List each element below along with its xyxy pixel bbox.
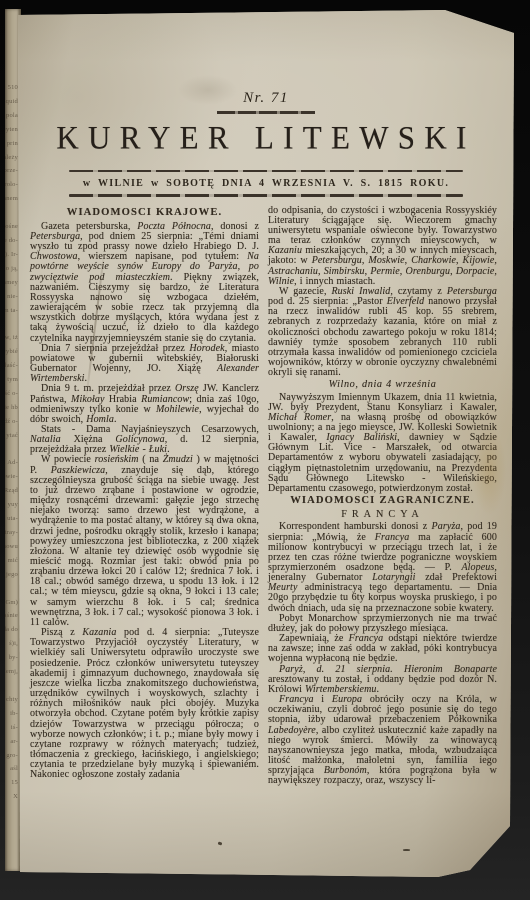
margin-text-fragment: ieyten	[5, 123, 18, 137]
issue-number: Nr. 71	[18, 90, 514, 107]
margin-text-fragment: Ad-	[5, 456, 18, 470]
margin-text-fragment: e do-	[5, 234, 18, 248]
margin-text-fragment: o ją,	[5, 262, 18, 276]
margin-text-fragment	[5, 206, 18, 220]
margin-text-fragment: Gm)	[5, 596, 18, 610]
margin-text-fragment: prin	[5, 137, 18, 151]
margin-text-fragment: aśl	[5, 762, 18, 776]
margin-text-fragment: ianem	[5, 192, 18, 206]
margin-text-fragment: dź o-	[5, 415, 18, 429]
margin-text-fragment: ar-	[5, 735, 18, 749]
ink-speck	[403, 849, 410, 851]
margin-text-fragment: należy	[5, 151, 18, 165]
margin-text-fragment: m ta-	[5, 304, 18, 318]
margin-text-fragment: 15	[5, 776, 18, 790]
paragraph: Zapewniaią, że Francya odstąpi niektóre …	[268, 634, 497, 664]
margin-text-fragment: gro-	[5, 749, 18, 763]
ink-speck	[218, 841, 223, 845]
margin-text-fragment: ib-	[5, 707, 18, 721]
margin-text-fragment: łaść-	[5, 359, 18, 373]
newspaper-title: KURYER LITEWSKI	[18, 121, 514, 155]
paragraph: W powiecie rosieńskim ( na Żmudzi ) w ma…	[30, 455, 259, 628]
article-columns: WIADOMOSCI KRAJOWE.Gazeta petersburska, …	[30, 206, 500, 787]
margin-text-fragment: Rząd	[5, 484, 18, 498]
margin-text-fragment	[5, 679, 18, 693]
newspaper-page: Nr. 71 KURYER LITEWSKI w WILNIE w SOBOTĘ…	[18, 10, 514, 878]
paragraph: Pobyt Monarchow sprzymierzonych nie ma t…	[268, 614, 497, 634]
margin-text-fragment: amey	[5, 276, 18, 290]
right-column: do odpisania, do czystości i wzbogacenia…	[268, 206, 497, 787]
margin-text-fragment: nowu	[5, 540, 18, 554]
masthead: Nr. 71 KURYER LITEWSKI w WILNIE w SOBOTĘ…	[18, 10, 514, 197]
left-column: WIADOMOSCI KRAJOWE.Gazeta petersburska, …	[30, 206, 259, 787]
margin-text-fragment: tray-	[5, 526, 18, 540]
margin-text-fragment: 510	[5, 81, 18, 95]
paragraph: Gazeta petersburska, Poczta Północna, do…	[30, 222, 259, 344]
margin-text-fragment: ie hb	[5, 401, 18, 415]
paragraph: Stats - Dama Nayjaśnieyszych Cesarzowych…	[30, 425, 259, 455]
section-heading: WIADOMOSCI ZAGRANICZNE.	[268, 496, 497, 506]
dateline-rule-bottom	[69, 194, 463, 197]
paragraph: Dnia 7 sierpnia przejeżdżał przez Horode…	[30, 344, 259, 385]
section-heading: FRANCYA	[268, 510, 497, 520]
margin-text-fragment	[5, 317, 18, 331]
margin-text-fragment: da do	[5, 623, 18, 637]
margin-text-fragment: iś-	[5, 721, 18, 735]
margin-text-fragment: X	[5, 790, 18, 804]
margin-text-fragment: yuy	[5, 498, 18, 512]
paragraph: Naywyższym Imiennym Ukazem, dnia 11 kwie…	[268, 393, 497, 495]
margin-text-fragment: w, iż	[5, 331, 18, 345]
issue-rule	[217, 111, 315, 114]
margin-text-fragment: ść o-	[5, 387, 18, 401]
paragraph: Paryż, d. 21 sierpnia. Hieronim Bonapart…	[268, 665, 497, 695]
margin-text-fragment: owie-	[5, 470, 18, 484]
margin-text-fragment: a). Ir-	[5, 248, 18, 262]
margin-text-fragment	[5, 582, 18, 596]
paragraph: do odpisania, do czystości i wzbogacenia…	[268, 206, 497, 287]
section-heading: Wilno, dnia 4 września	[268, 380, 497, 390]
margin-text-fragment: ię nie-	[5, 290, 18, 304]
margin-text-fragment: uta-	[5, 512, 18, 526]
margin-text-fragment: ytać	[5, 429, 18, 443]
paragraph: Francya i Europa obróciły oczy na Króla,…	[268, 695, 497, 786]
margin-text-fragment: tym	[5, 373, 18, 387]
dateline: w WILNIE w SOBOTĘ DNIA 4 WRZESNIA V. S. …	[18, 178, 514, 189]
margin-text-fragment: esquid	[5, 95, 18, 109]
paragraph: Dnia 9 t. m. przejeżdżał przez Orszę JW.…	[30, 384, 259, 425]
margin-text-fragment: lemj,	[5, 665, 18, 679]
paragraph: Piszą z Kazania pod d. 4 sierpnia: „Tute…	[30, 628, 259, 780]
margin-text-fragment: ośne	[5, 220, 18, 234]
margin-text-fragment: mić	[5, 554, 18, 568]
dateline-rule-top	[69, 170, 463, 173]
section-heading: WIADOMOSCI KRAJOWE.	[30, 208, 259, 218]
margin-text-fragment: chty	[5, 693, 18, 707]
margin-text-fragment: eybié	[5, 345, 18, 359]
margin-text-fragment: pola	[5, 109, 18, 123]
paragraph: Korrespondent hamburski donosi z Paryża,…	[268, 522, 497, 613]
margin-text-fragment: jego	[5, 568, 18, 582]
margin-text-fragment: by-	[5, 651, 18, 665]
adjacent-page-text-fragments: 510esquidpolaieytenprinnależyprze-erolo-…	[5, 81, 18, 804]
margin-text-fragment	[5, 443, 18, 457]
margin-text-fragment: prze-	[5, 164, 18, 178]
margin-text-fragment: haśnie	[5, 609, 18, 623]
margin-text-fragment: erolo-	[5, 178, 18, 192]
margin-text-fragment: ś)i,	[5, 637, 18, 651]
paragraph: W gazecie, Ruski Inwalid, czytamy z Pete…	[268, 287, 497, 378]
